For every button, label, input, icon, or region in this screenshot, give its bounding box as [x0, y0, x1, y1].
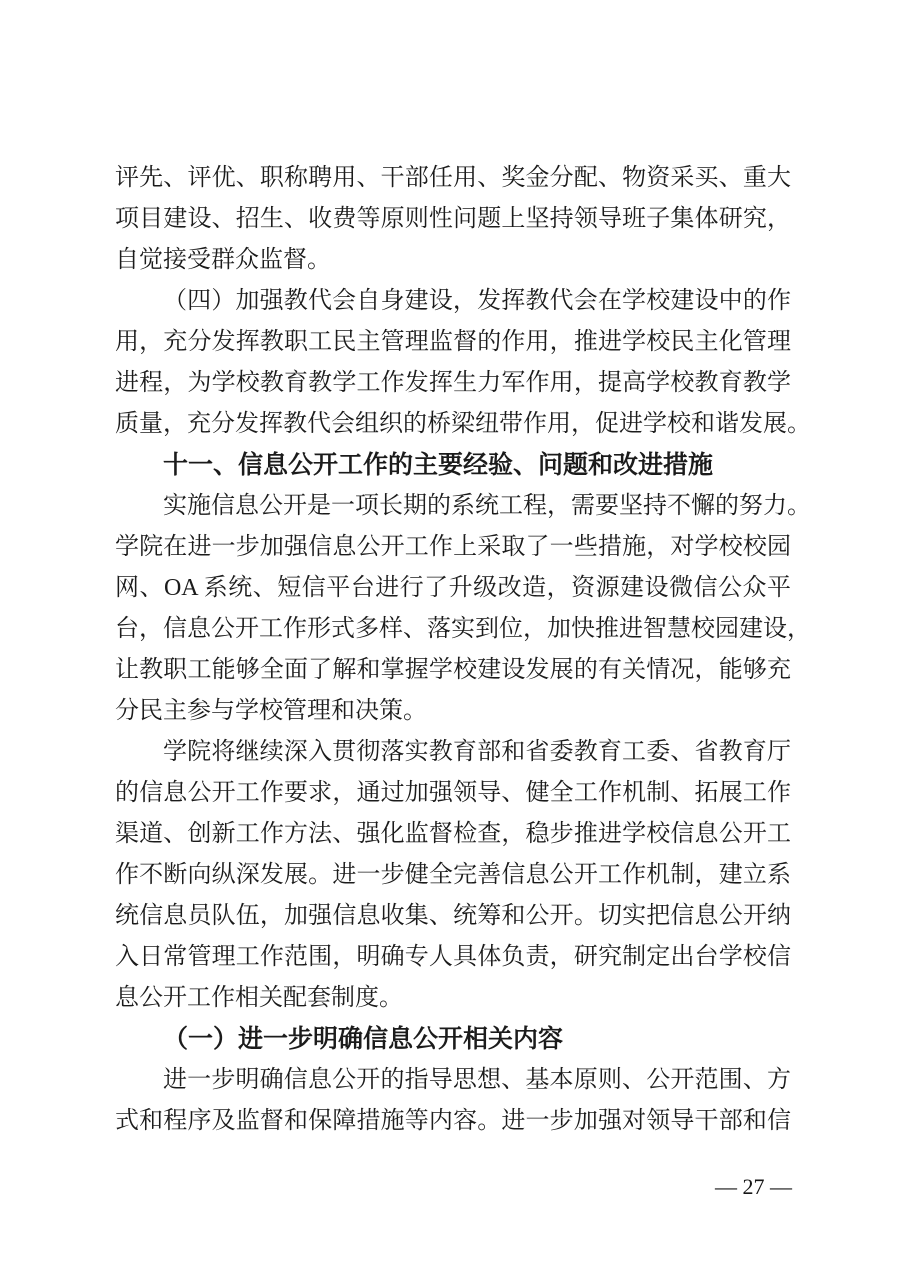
text-line: （四）加强教代会自身建设，发挥教代会在学校建设中的作	[115, 281, 791, 322]
text-line: 进一步明确信息公开的指导思想、基本原则、公开范围、方	[115, 1060, 791, 1101]
text-line: 让教职工能够全面了解和掌握学校建设发展的有关情况，能够充	[115, 650, 791, 691]
text-line: 台，信息公开工作形式多样、落实到位，加快推进智慧校园建设，	[115, 609, 791, 650]
page-number: — 27 —	[715, 1172, 792, 1202]
text-line: 渠道、创新工作方法、强化监督检查，稳步推进学校信息公开工	[115, 814, 791, 855]
document-body: 评先、评优、职称聘用、干部任用、奖金分配、物资采买、重大 项目建设、招生、收费等…	[115, 158, 791, 1142]
text-line: 式和程序及监督和保障措施等内容。进一步加强对领导干部和信	[115, 1101, 791, 1142]
text-line: 学院将继续深入贯彻落实教育部和省委教育工委、省教育厅	[115, 732, 791, 773]
text-line: 进程，为学校教育教学工作发挥生力军作用，提高学校教育教学	[115, 363, 791, 404]
text-line: 息公开工作相关配套制度。	[115, 978, 791, 1019]
text-line: 自觉接受群众监督。	[115, 240, 791, 281]
text-line: 作不断向纵深发展。进一步健全完善信息公开工作机制，建立系	[115, 855, 791, 896]
document-page: 评先、评优、职称聘用、干部任用、奖金分配、物资采买、重大 项目建设、招生、收费等…	[0, 0, 904, 1280]
text-line: 入日常管理工作范围，明确专人具体负责，研究制定出台学校信	[115, 937, 791, 978]
text-line: 实施信息公开是一项长期的系统工程，需要坚持不懈的努力。	[115, 486, 791, 527]
text-line: 用，充分发挥教职工民主管理监督的作用，推进学校民主化管理	[115, 322, 791, 363]
section-heading: 十一、信息公开工作的主要经验、问题和改进措施	[115, 445, 791, 486]
text-line: 项目建设、招生、收费等原则性问题上坚持领导班子集体研究，	[115, 199, 791, 240]
text-line: 评先、评优、职称聘用、干部任用、奖金分配、物资采买、重大	[115, 158, 791, 199]
text-line: 学院在进一步加强信息公开工作上采取了一些措施，对学校校园	[115, 527, 791, 568]
text-line: 网、OA 系统、短信平台进行了升级改造，资源建设微信公众平	[115, 568, 791, 609]
text-line: 的信息公开工作要求，通过加强领导、健全工作机制、拓展工作	[115, 773, 791, 814]
text-line: 分民主参与学校管理和决策。	[115, 691, 791, 732]
text-line: 统信息员队伍，加强信息收集、统筹和公开。切实把信息公开纳	[115, 896, 791, 937]
sub-heading: （一）进一步明确信息公开相关内容	[115, 1019, 791, 1060]
text-line: 质量，充分发挥教代会组织的桥梁纽带作用，促进学校和谐发展。	[115, 404, 791, 445]
